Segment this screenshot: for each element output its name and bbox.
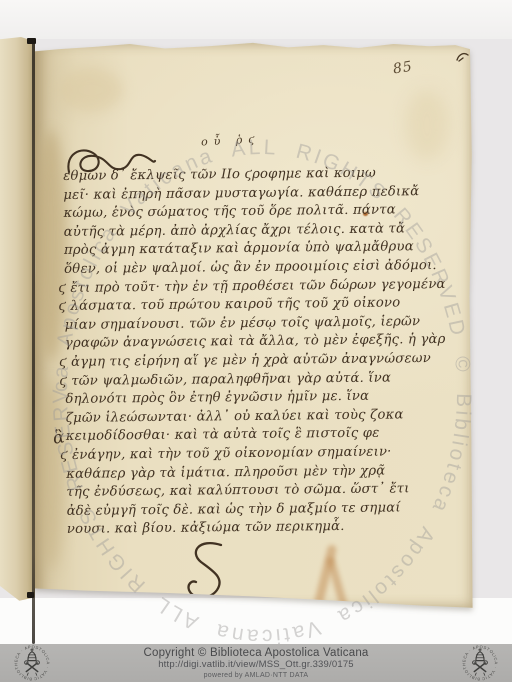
footer-text: Copyright © Biblioteca Apostolica Vatica… [51,647,461,679]
manuscript-page: 85 οὗ ῥϛ εθμων δ᾽ ἔκλψεῖς τῶν ΙΙο ϛροφημ… [33,40,473,610]
parchment-leaf: 85 οὗ ῥϛ εθμων δ᾽ ἔκλψεῖς τῶν ΙΙο ϛροφημ… [33,40,473,610]
papal-tiara-keys-emblem [25,649,40,676]
manuscript-url: http://digi.vatlib.it/view/MSS_Ott.gr.33… [51,660,461,670]
gutter-ink-mark-top [27,38,36,44]
copyright-text: Copyright © Biblioteca Apostolica Vatica… [51,647,461,659]
water-stain [37,380,65,570]
manuscript-line: νουσι. καὶ βίου. κἀξιώμα τῶν περικημἇ. [67,517,435,539]
vatican-library-seal-left: BIBLIOTHECA · APOSTOLICA · VATICANA [13,644,51,682]
water-stain [59,68,123,112]
papal-tiara-keys-emblem [473,649,488,676]
corner-ink-mark [455,50,471,64]
superscript-abbreviations: οὗ ῥϛ [201,132,261,148]
digitized-manuscript-viewer: 85 οὗ ῥϛ εθμων δ᾽ ἔκλψεῖς τῶν ΙΙο ϛροφημ… [0,0,512,682]
greek-text-block: εθμων δ᾽ ἔκλψεῖς τῶν ΙΙο ϛροφημε καὶ κοι… [63,164,435,540]
binding-gutter-line [32,38,35,644]
underlying-leaf-edge [0,37,35,603]
gutter-ink-mark-bottom [27,592,34,598]
marginal-letter: ἃ [52,427,66,448]
powered-by-text: powered by AMLAD·NTT DATA [51,672,461,679]
closing-flourish [181,538,237,604]
vatican-library-seal-right: BIBLIOTHECA · APOSTOLICA · VATICANA [461,644,499,682]
footer-bar: BIBLIOTHECA · APOSTOLICA · VATICANA Copy… [0,644,512,682]
folio-number: 85 [392,59,414,78]
foxing-stain [405,90,449,160]
photo-background-top [0,0,512,39]
